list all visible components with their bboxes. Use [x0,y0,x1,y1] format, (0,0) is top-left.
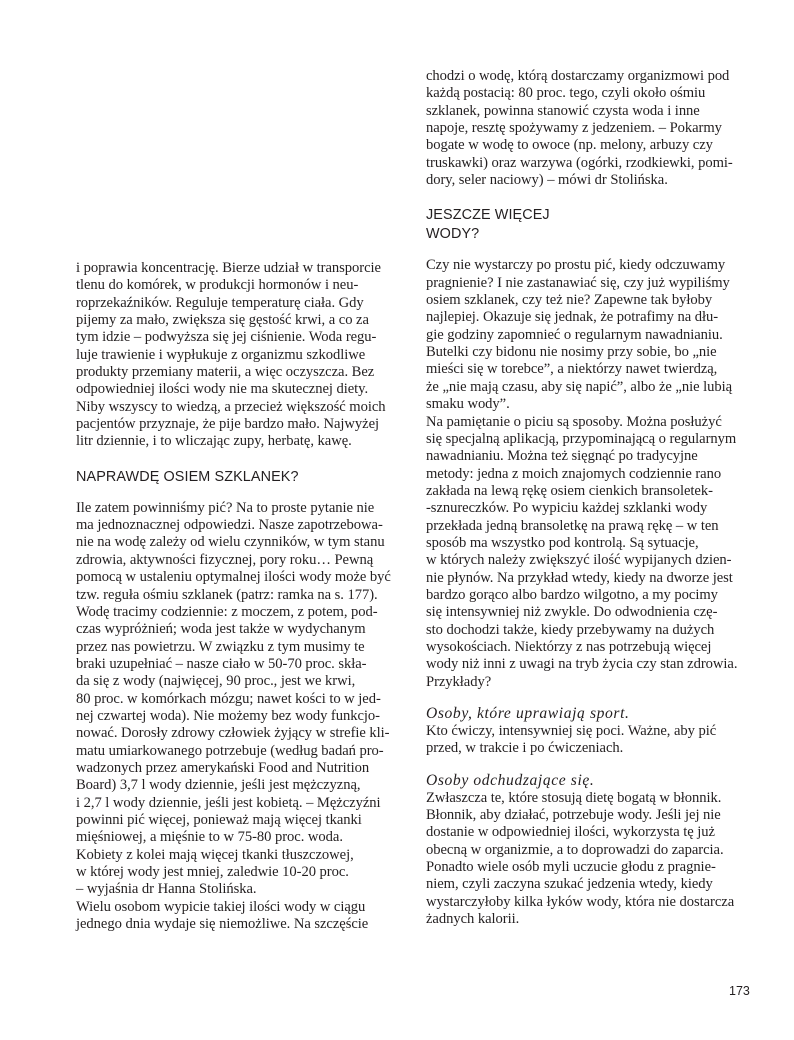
paragraph-dieters: Zwłaszcza te, które stosują dietę bogatą… [426,790,758,929]
section-heading-more-water: JESZCZE WIĘCEJ WODY? [426,206,758,244]
text-line: czas wypróżnień; woda jest także w wydyc… [76,621,408,638]
text-line: sposób ma wszystko pod kontrolą. Są sytu… [426,535,758,552]
text-line: że „nie mają czasu, aby się napić”, albo… [426,379,758,396]
text-line: Ile zatem powinniśmy pić? Na to proste p… [76,500,408,517]
text-line: nej czwartej woda). Nie możemy bez wody … [76,708,408,725]
text-line: braki uzupełniać – nasze ciało w 50-70 p… [76,656,408,673]
text-line: Butelki czy bidonu nie nosimy przy sobie… [426,344,758,361]
text-line: bogate w wodę to owoce (np. melony, arbu… [426,137,758,154]
text-line: gie godziny zapomnieć o regularnym nawad… [426,327,758,344]
text-line: się intensywniej niż zwykle. Do odwodnie… [426,604,758,621]
text-line: każdą postacią: 80 proc. tego, czyli oko… [426,85,758,102]
heading-line: WODY? [426,225,758,244]
text-line: Wodę tracimy codziennie: z moczem, z pot… [76,604,408,621]
text-line: tlenu do komórek, w produkcji hormonów i… [76,277,408,294]
text-line: dory, seler naciowy) – mówi dr Stolińska… [426,172,758,189]
text-line: nować. Dorosły zdrowy człowiek żyjący w … [76,725,408,742]
text-line: Ponadto wiele osób myli uczucie głodu z … [426,859,758,876]
text-line: osiem szklanek, czy też nie? Zapewne tak… [426,292,758,309]
text-line: Zwłaszcza te, które stosują dietę bogatą… [426,790,758,807]
right-column: chodzi o wodę, którą dostarczamy organiz… [426,68,758,928]
text-line: metody: jedna z moich znajomych codzienn… [426,466,758,483]
section-heading-eight-glasses: NAPRAWDĘ OSIEM SZKLANEK? [76,468,408,487]
text-line: Błonnik, aby działać, potrzebuje wody. J… [426,807,758,824]
text-line: wadzonych przez amerykański Food and Nut… [76,760,408,777]
text-line: ma jednoznacznej odpowiedzi. Nasze zapot… [76,517,408,534]
text-line: pragnienie? I nie zastanawiać się, czy j… [426,275,758,292]
text-line: matu umiarkowanego potrzebuje (według ba… [76,743,408,760]
text-line: sto dochodzi także, kiedy przebywamy na … [426,622,758,639]
text-line: truskawki) oraz warzywa (ogórki, rzodkie… [426,155,758,172]
text-line: Na pamiętanie o piciu są sposoby. Można … [426,414,758,431]
text-line: tym idzie – podwyższa się jej ciśnienie.… [76,329,408,346]
spacer [426,691,758,705]
spacer [76,451,408,468]
text-line: szklanek, powinna stanowić czysta woda i… [426,103,758,120]
text-line: odpowiedniej ilości wody nie ma skuteczn… [76,381,408,398]
text-line: Kto ćwiczy, intensywniej się poci. Ważne… [426,723,758,740]
left-column: i poprawia koncentrację. Bierze udział w… [76,260,408,933]
section-dieters: Osoby odchudzające się. Zwłaszcza te, kt… [426,772,758,929]
text-line: w której wody jest mniej, zaledwie 10-20… [76,864,408,881]
text-line: nawadnianiu. Można też sięgnąć po tradyc… [426,448,758,465]
spacer [426,189,758,206]
text-line: produkty przemiany materii, a więc oczys… [76,364,408,381]
text-line: przed, w trakcie i po ćwiczeniach. [426,740,758,757]
text-line: mieści się w torebce”, a niektórzy nawet… [426,361,758,378]
text-line: 80 proc. w komórkach mózgu; nawet kości … [76,691,408,708]
heading-line: JESZCZE WIĘCEJ [426,206,758,225]
text-line: luje trawienie i wypłukuje z organizmu s… [76,347,408,364]
spacer [426,758,758,772]
body-paragraph-left: Ile zatem powinniśmy pić? Na to proste p… [76,500,408,934]
text-line: tzw. reguła ośmiu szklanek (patrz: ramka… [76,587,408,604]
text-line: pacjentów przyznaje, że pije bardzo mało… [76,416,408,433]
text-line: zdrowia, aktywności fizycznej, pory roku… [76,552,408,569]
text-line: powinni pić więcej, ponieważ mają więcej… [76,812,408,829]
text-line: nie na wodę zależy od wielu czynników, w… [76,534,408,551]
text-line: dostanie w odpowiedniej ilości, wykorzys… [426,824,758,841]
intro-paragraph-right: chodzi o wodę, którą dostarczamy organiz… [426,68,758,189]
text-line: roprzekaźników. Reguluje temperaturę cia… [76,295,408,312]
text-line: najlepiej. Okazuje się jednak, że potraf… [426,309,758,326]
paragraph-athletes: Kto ćwiczy, intensywniej się poci. Ważne… [426,723,758,758]
text-line: przez nas powietrzu. W związku z tym mus… [76,639,408,656]
text-line: mięśniowej, a mięśnie to w 75-80 proc. w… [76,829,408,846]
text-line: chodzi o wodę, którą dostarczamy organiz… [426,68,758,85]
text-line: Przykłady? [426,674,758,691]
text-line: litr dziennie, i to wliczając zupy, herb… [76,433,408,450]
text-line: jednego dnia wydaje się niemożliwe. Na s… [76,916,408,933]
text-line: wystarczyłoby kilka łyków wody, która ni… [426,894,758,911]
text-line: i poprawia koncentrację. Bierze udział w… [76,260,408,277]
intro-paragraph-left: i poprawia koncentrację. Bierze udział w… [76,260,408,451]
text-line: pomocą w ustaleniu optymalnej ilości wod… [76,569,408,586]
text-line: w których należy zwiększyć ilość wypijan… [426,552,758,569]
body-paragraph-right: Czy nie wystarczy po prostu pić, kiedy o… [426,257,758,691]
text-line: i 2,7 l wody dziennie, jeśli jest kobiet… [76,795,408,812]
text-line: Wielu osobom wypicie takiej ilości wody … [76,899,408,916]
text-line: -sznureczków. Po wypiciu każdej szklanki… [426,500,758,517]
subheading-dieters: Osoby odchudzające się. [426,772,758,790]
text-line: przekłada jedną bransoletkę na prawą ręk… [426,518,758,535]
text-line: napoje, resztę spożywamy z jedzeniem. – … [426,120,758,137]
text-line: da się z wody (najwięcej, 90 proc., jest… [76,673,408,690]
page-number: 173 [729,984,750,998]
text-line: bardzo gorąco albo bardzo wilgotno, a my… [426,587,758,604]
text-line: Niby wszyscy to wiedzą, a przecież więks… [76,399,408,416]
spacer [76,487,408,500]
text-line: Czy nie wystarczy po prostu pić, kiedy o… [426,257,758,274]
subheading-athletes: Osoby, które uprawiają sport. [426,705,758,723]
text-line: obecną w organizmie, a to doprowadzi do … [426,842,758,859]
text-line: żadnych kalorii. [426,911,758,928]
text-line: nie płynów. Na przykład wtedy, kiedy na … [426,570,758,587]
text-line: Kobiety z kolei mają więcej tkanki tłusz… [76,847,408,864]
text-line: pijemy za mało, zwiększa się gęstość krw… [76,312,408,329]
text-line: wysokościach. Niektórzy z nas potrzebują… [426,639,758,656]
text-line: smaku wody”. [426,396,758,413]
text-line: wody niż inni z uwagi na tryb życia czy … [426,656,758,673]
text-line: niem, czyli zaczyna szukać jedzenia wted… [426,876,758,893]
text-line: – wyjaśnia dr Hanna Stolińska. [76,881,408,898]
text-line: Board) 3,7 l wody dziennie, jeśli jest m… [76,777,408,794]
text-line: zakłada na lewą rękę osiem cienkich bran… [426,483,758,500]
spacer [426,244,758,257]
section-athletes: Osoby, które uprawiają sport. Kto ćwiczy… [426,705,758,758]
text-line: się specjalną aplikacją, przypominającą … [426,431,758,448]
